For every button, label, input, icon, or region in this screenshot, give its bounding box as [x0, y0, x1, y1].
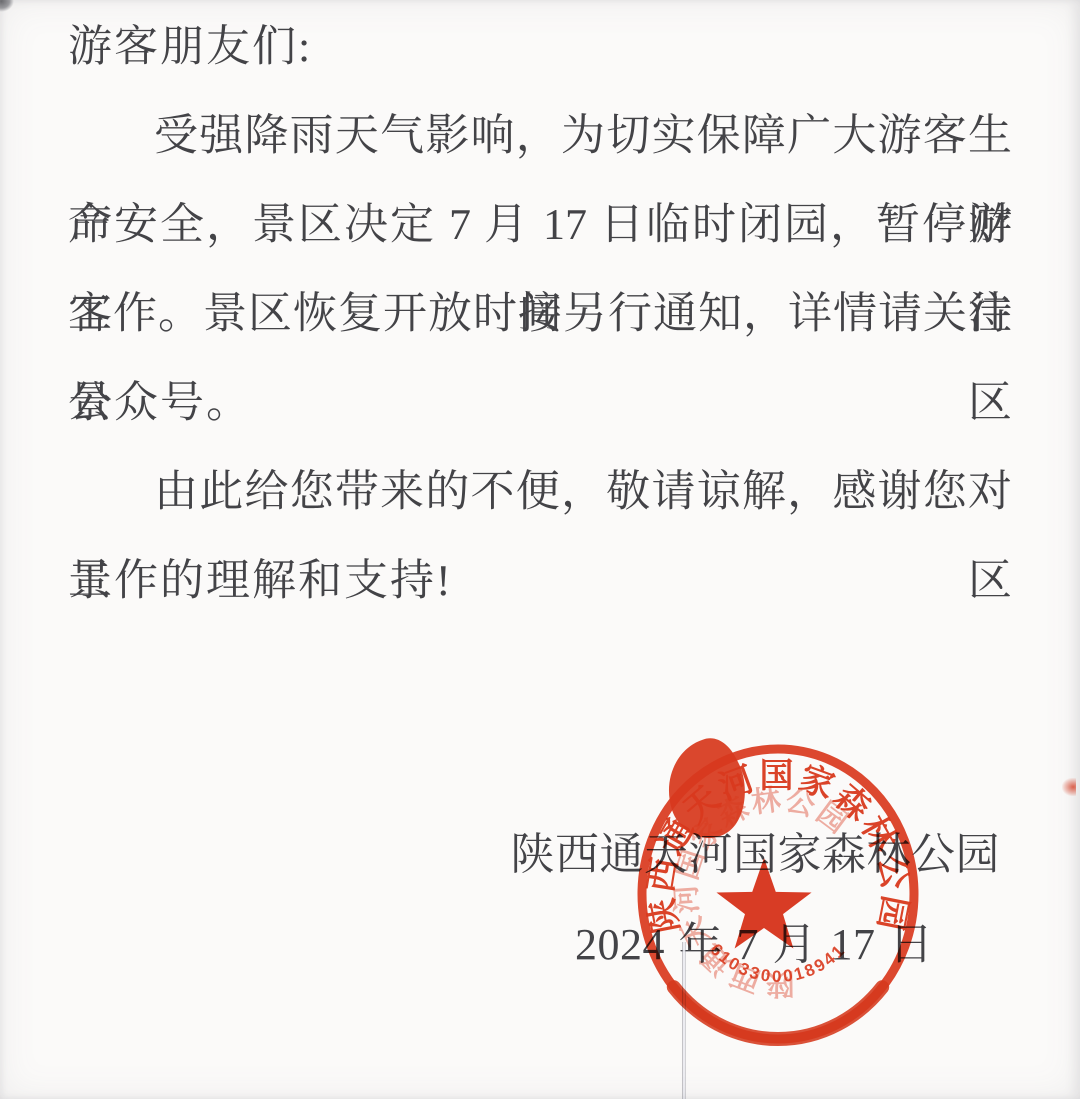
- salutation-line: 游客朋友们:: [68, 2, 1012, 91]
- notice-body: 游客朋友们: 受强降雨天气影响，为切实保障广大游客生命财 产安全，景区决定 7 …: [68, 2, 1012, 625]
- body-line: 由此给您带来的不便，敬请谅解，感谢您对景区: [68, 447, 1012, 536]
- body-line: 工作。景区恢复开放时间另行通知，详情请关注景区: [68, 269, 1012, 358]
- body-line: 产安全，景区决定 7 月 17 日临时闭园，暂停游客接待: [68, 180, 1012, 269]
- official-seal: 陕西通天河国家森林公园 陕西通天河国家森林公园 6103300018941: [618, 734, 938, 1054]
- body-line: 受强降雨天气影响，为切实保障广大游客生命财: [68, 91, 1012, 180]
- seal-star-icon: [716, 858, 811, 948]
- red-ink-speck: [1062, 778, 1076, 796]
- scan-corner-speck: [0, 0, 14, 12]
